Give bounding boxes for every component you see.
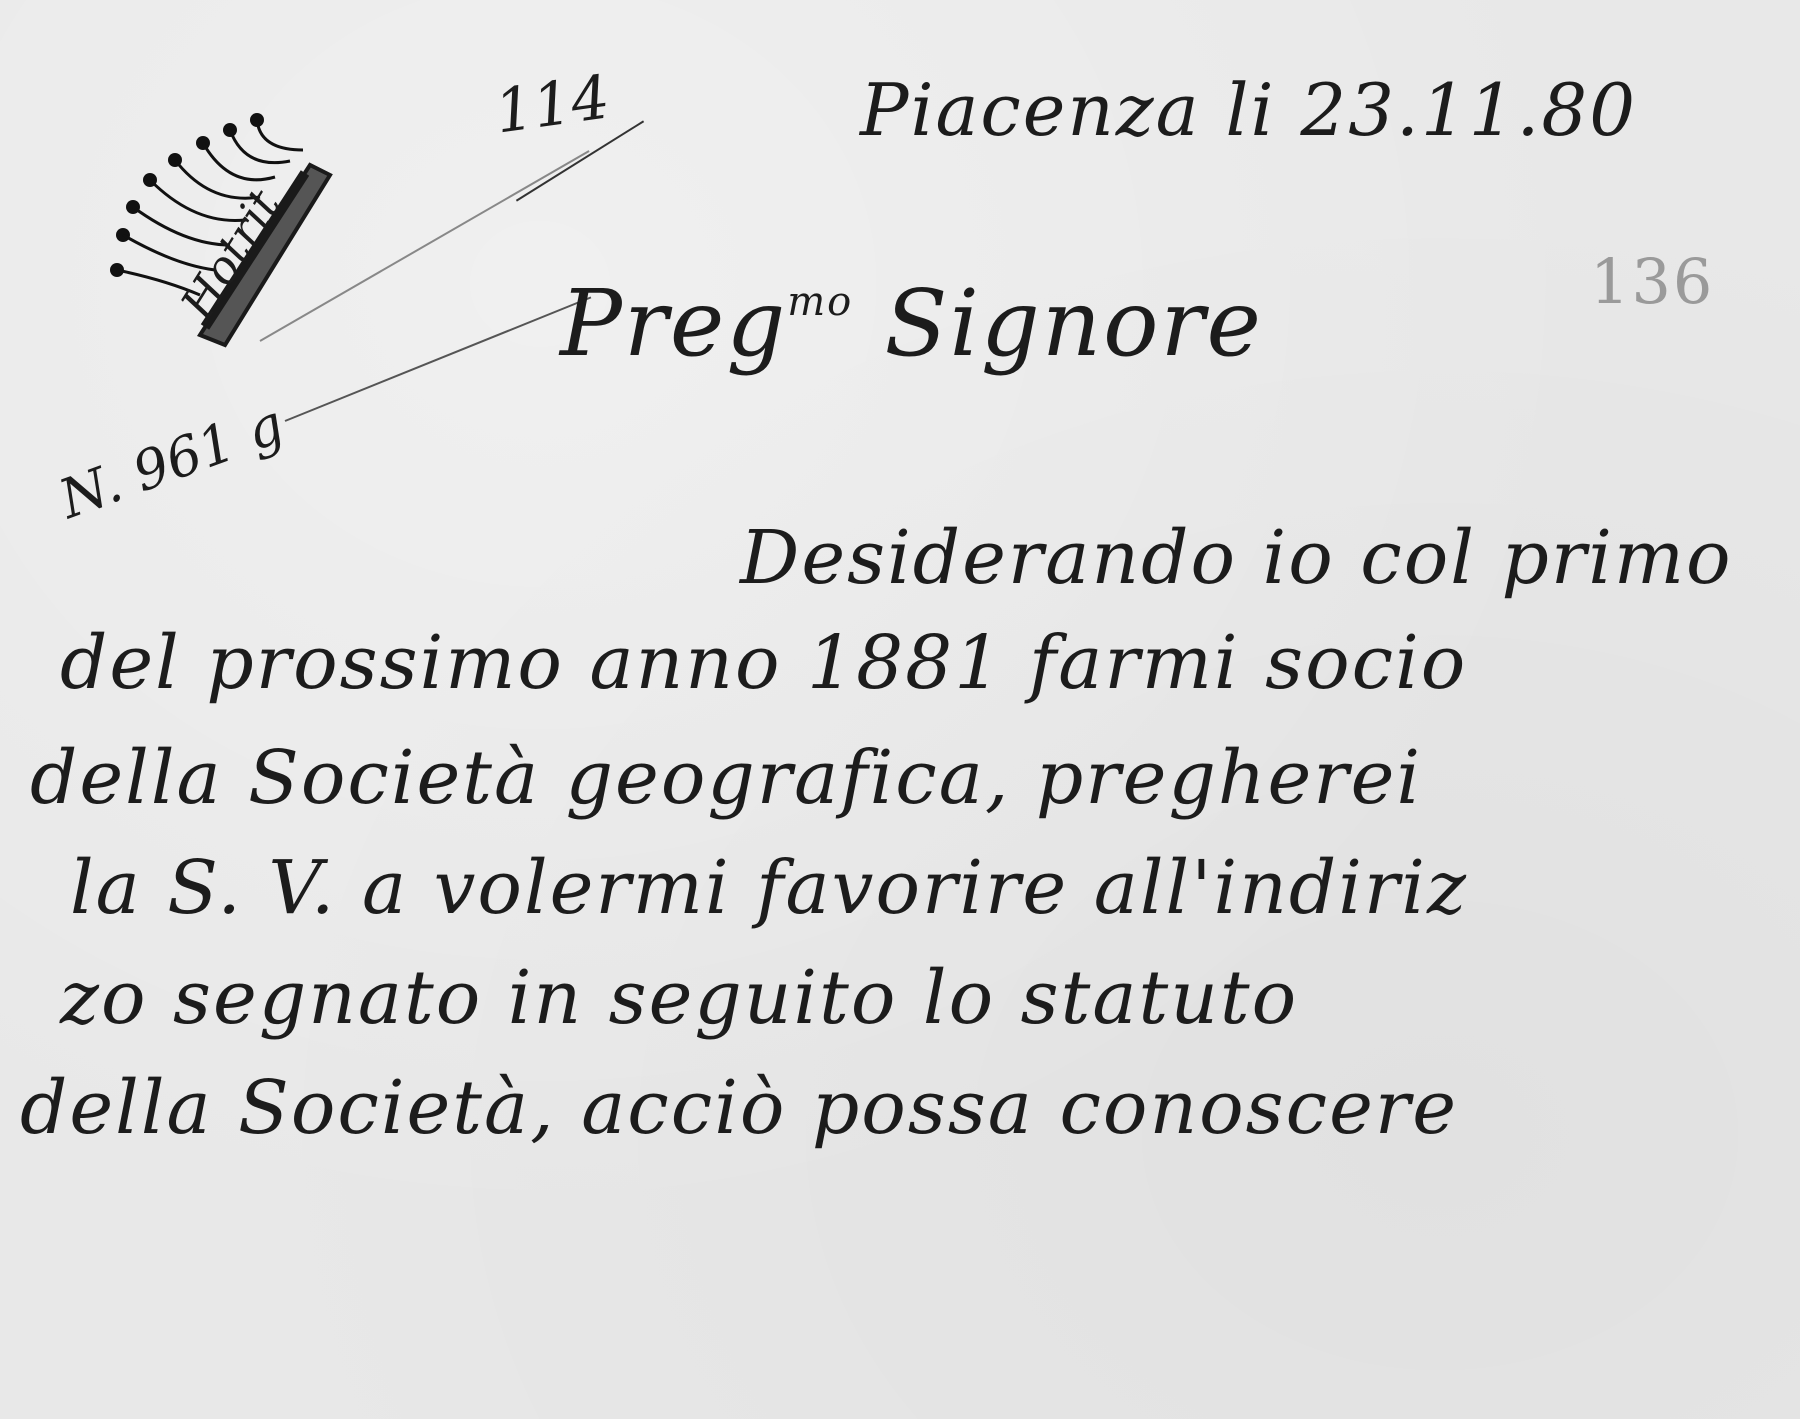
folio-number: 136	[1590, 245, 1714, 318]
salutation: Pregmo Signore	[560, 270, 1263, 377]
archive-number: 114	[491, 62, 614, 147]
salutation-prefix: Preg	[560, 270, 787, 377]
place-date: Piacenza li 23.11.80	[860, 68, 1637, 152]
letter-page: 114 Piacenza li 23.11.80 136 Hotrit N. 9…	[0, 0, 1800, 1419]
body-line: la S. V. a volermi favorire all'indiriz	[70, 845, 1468, 931]
body-line: Desiderando io col primo	[740, 515, 1733, 601]
salutation-addressee: Signore	[884, 270, 1262, 377]
registry-number: N. 961 g	[51, 392, 291, 531]
body-line: del prossimo anno 1881 farmi socio	[60, 620, 1467, 706]
body-line: della Società geografica, pregherei	[30, 735, 1422, 821]
body-line: della Società, acciò possa conoscere	[20, 1065, 1458, 1151]
body-line: zo segnato in seguito lo statuto	[60, 955, 1298, 1041]
salutation-superscript: mo	[787, 279, 853, 325]
